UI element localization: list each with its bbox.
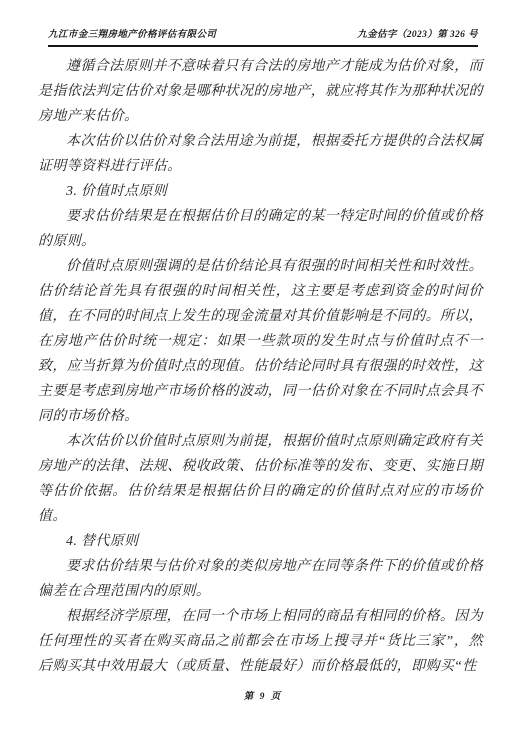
body-paragraph: 要求估价结果与估价对象的类似房地产在同等条件下的价值或价格偏差在合理范围内的原则… (38, 554, 483, 604)
document-page: 九江市金三翔房地产价格评估有限公司 九金估字（2023）第 326 号 遵循合法… (0, 0, 526, 742)
header-doc-number: 九金估字（2023）第 326 号 (357, 28, 478, 42)
body-paragraph: 价值时点原则强调的是估价结论具有很强的时间相关性和时效性。估价结论首先具有很强的… (38, 254, 483, 429)
body-paragraph: 本次估价以价值时点原则为前提，根据价值时点原则确定政府有关房地产的法律、法规、税… (38, 429, 483, 529)
section-heading: 4. 替代原则 (38, 529, 483, 554)
body-paragraph: 本次估价以估价对象合法用途为前提，根据委托方提供的合法权属证明等资料进行评估。 (38, 129, 483, 179)
document-body: 遵循合法原则并不意味着只有合法的房地产才能成为估价对象，而是指依法判定估价对象是… (38, 54, 483, 679)
page-number: 第 9 页 (0, 690, 526, 704)
body-paragraph: 根据经济学原理，在同一个市场上相同的商品有相同的价格。因为任何理性的买者在购买商… (38, 604, 483, 679)
page-header: 九江市金三翔房地产价格评估有限公司 九金估字（2023）第 326 号 (48, 28, 478, 42)
body-paragraph: 遵循合法原则并不意味着只有合法的房地产才能成为估价对象，而是指依法判定估价对象是… (38, 54, 483, 129)
header-company-name: 九江市金三翔房地产价格评估有限公司 (48, 28, 216, 42)
body-paragraph: 要求估价结果是在根据估价目的确定的某一特定时间的价值或价格的原则。 (38, 204, 483, 254)
header-divider (48, 45, 478, 47)
section-heading: 3. 价值时点原则 (38, 179, 483, 204)
